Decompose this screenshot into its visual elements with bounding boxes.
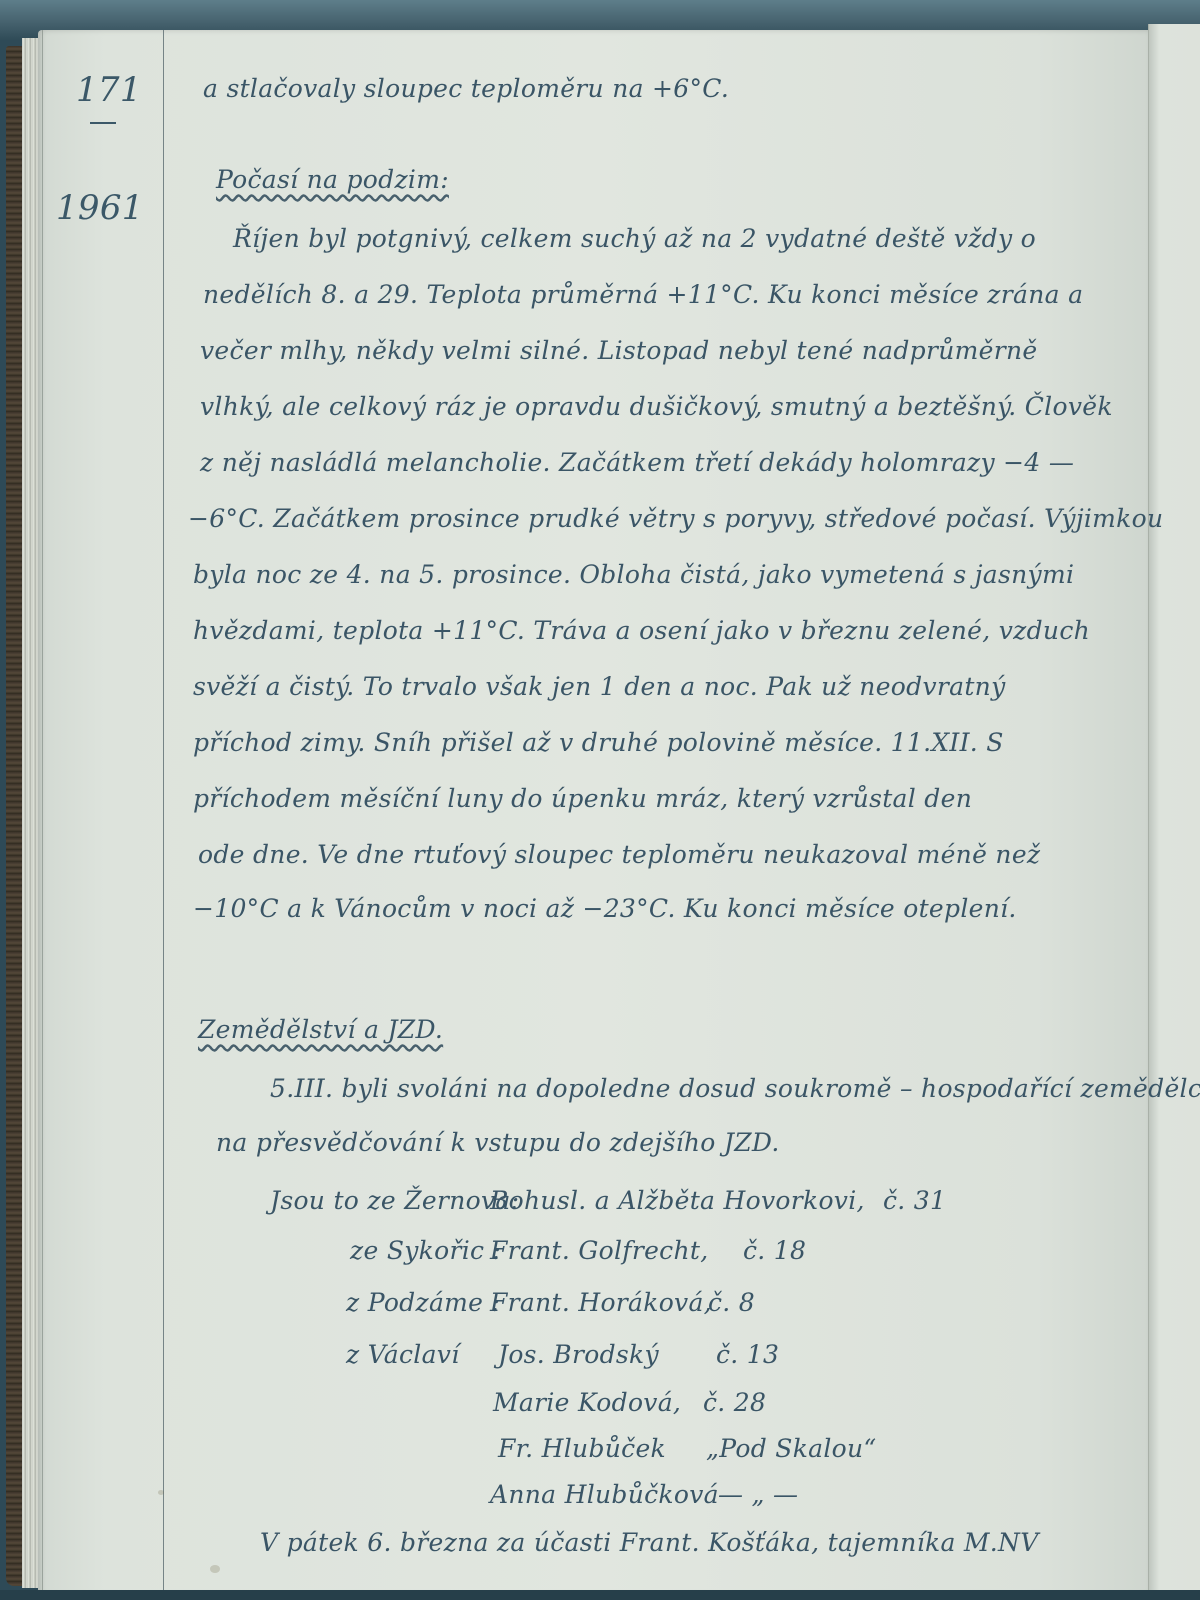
scan-backdrop-bottom (0, 1590, 1200, 1600)
section-heading-agriculture: Zemědělství a JZD. (198, 1015, 443, 1044)
margin-rule (163, 30, 164, 1595)
text-line: ode dne. Ve dne rtuťový sloupec teploměr… (198, 842, 1040, 867)
chronicle-page: 171 1961 a stlačovaly sloupec teploměru … (38, 30, 1148, 1595)
member-name: Jos. Brodský (498, 1342, 659, 1367)
member-name: Anna Hlubůčková (490, 1482, 719, 1507)
member-name: Fr. Hlubůček (498, 1436, 666, 1461)
member-name: Marie Kodová, (493, 1390, 681, 1415)
page-number-underline (90, 122, 116, 124)
text-line: 5.III. byli svoláni na dopoledne dosud s… (270, 1076, 1200, 1101)
member-name: Bohusl. a Alžběta Hovorkovi, (490, 1188, 865, 1213)
member-house-number: „Pod Skalou“ (706, 1436, 876, 1461)
member-house-number: č. 18 (743, 1238, 806, 1263)
member-intro: Jsou to ze Žernova: (270, 1188, 519, 1213)
member-house-number: č. 31 (883, 1188, 946, 1213)
page-number: 171 (76, 70, 142, 110)
text-line: na přesvědčování k vstupu do zdejšího JZ… (216, 1130, 780, 1155)
member-house-number: č. 28 (703, 1390, 766, 1415)
text-line: příchod zimy. Sníh přišel až v druhé pol… (193, 730, 1004, 755)
text-line: vlhký, ale celkový ráz je opravdu dušičk… (200, 394, 1113, 419)
closing-line: V pátek 6. března za účasti Frant. Košťá… (260, 1530, 1039, 1555)
text-line: hvězdami, teplota +11°C. Tráva a osení j… (193, 618, 1090, 643)
text-line: svěží a čistý. To trvalo však jen 1 den … (193, 674, 1006, 699)
text-line: −6°C. Začátkem prosince prudké větry s p… (188, 506, 1163, 531)
section-heading-weather: Počasí na podzim: (216, 165, 449, 194)
text-line: večer mlhy, někdy velmi silné. Listopad … (200, 338, 1037, 363)
member-house-number: č. 8 (708, 1290, 755, 1315)
member-place: z Václaví (346, 1342, 460, 1367)
member-name: Frant. Horáková, (490, 1290, 712, 1315)
paper-stain (210, 1565, 220, 1573)
text-line: Říjen byl potgnivý, celkem suchý až na 2… (233, 226, 1036, 251)
text-line: z něj nasládlá melancholie. Začátkem tře… (200, 450, 1074, 475)
text-line: byla noc ze 4. na 5. prosince. Obloha či… (193, 562, 1074, 587)
member-name: Frant. Golfrecht, (490, 1238, 708, 1263)
year-marker: 1961 (56, 188, 144, 228)
member-place: ze Sykořic : (350, 1238, 501, 1263)
member-place: z Podzáme : (346, 1290, 500, 1315)
opening-line: a stlačovaly sloupec teploměru na +6°C. (203, 76, 729, 101)
member-house-number: č. 13 (716, 1342, 779, 1367)
text-line: −10°C a k Vánocům v noci až −23°C. Ku ko… (193, 896, 1017, 921)
page-edge-rule (42, 30, 43, 1595)
facing-page-edge (1148, 24, 1200, 1596)
member-house-number: — „ — (718, 1482, 798, 1507)
paper-stain (158, 1490, 164, 1495)
text-line: nedělích 8. a 29. Teplota průměrná +11°C… (203, 282, 1083, 307)
text-line: příchodem měsíční luny do úpenku mráz, k… (193, 786, 972, 811)
